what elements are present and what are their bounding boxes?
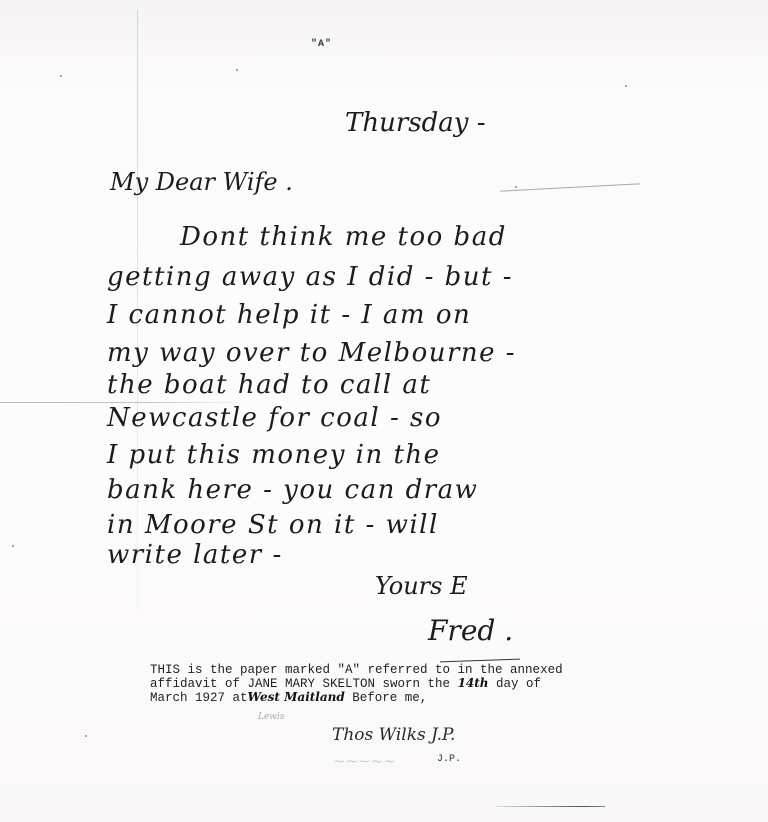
letter-line: I put this money in the [107, 440, 441, 470]
letter-line: I cannot help it - I am on [107, 300, 471, 330]
letter-line: write later - [107, 540, 283, 570]
bottom-ink-stroke [495, 806, 605, 807]
witness-title: J.P. [437, 754, 461, 765]
paper-speck [60, 75, 62, 77]
letter-signature: Fred . [428, 614, 513, 647]
affidavit-place: West Maitland [248, 690, 345, 704]
letter-line: in Moore St on it - will [107, 510, 439, 540]
paper-speck [625, 85, 627, 87]
letter-line: the boat had to call at [107, 370, 431, 400]
affidavit-day: 14th [458, 676, 489, 690]
letter-line: Newcastle for coal - so [107, 403, 442, 433]
paper-speck [12, 545, 14, 547]
paper-speck [236, 69, 238, 71]
affidavit-line-2: affidavit of JANE MARY SKELTON sworn the… [150, 677, 563, 691]
paper-speck [515, 186, 517, 188]
faint-rule-line [500, 183, 640, 191]
letter-line: Dont think me too bad [180, 222, 507, 252]
letter-closing: Yours E [375, 572, 468, 600]
paper-speck [85, 735, 87, 737]
letter-date: Thursday - [345, 108, 486, 138]
witness-signature: Thos Wilks J.P. [332, 725, 455, 745]
affidavit-line-3-suffix: Before me, [345, 691, 428, 705]
affidavit-note: THIS is the paper marked "A" referred to… [150, 664, 563, 705]
affidavit-line-3: March 1927 atWest Maitland Before me, [150, 691, 563, 705]
exhibit-label: "A" [311, 39, 332, 50]
pencil-annotation: Lewis [258, 712, 285, 722]
signature-underline [440, 659, 520, 663]
letter-salutation: My Dear Wife . [110, 168, 293, 196]
letter-line: bank here - you can draw [107, 475, 478, 505]
affidavit-line-1: THIS is the paper marked "A" referred to… [150, 664, 563, 677]
affidavit-line-2-suffix: day of [489, 677, 542, 691]
document-page: "A" Thursday - My Dear Wife . Dont think… [0, 0, 768, 822]
letter-line: getting away as I did - but - [107, 262, 513, 292]
affidavit-line-2-prefix: affidavit of JANE MARY SKELTON sworn the [150, 677, 458, 691]
faint-pencil-signature: ~~~~~ [333, 752, 396, 770]
affidavit-line-3-prefix: March 1927 at [150, 691, 248, 705]
letter-line: my way over to Melbourne - [107, 338, 516, 368]
